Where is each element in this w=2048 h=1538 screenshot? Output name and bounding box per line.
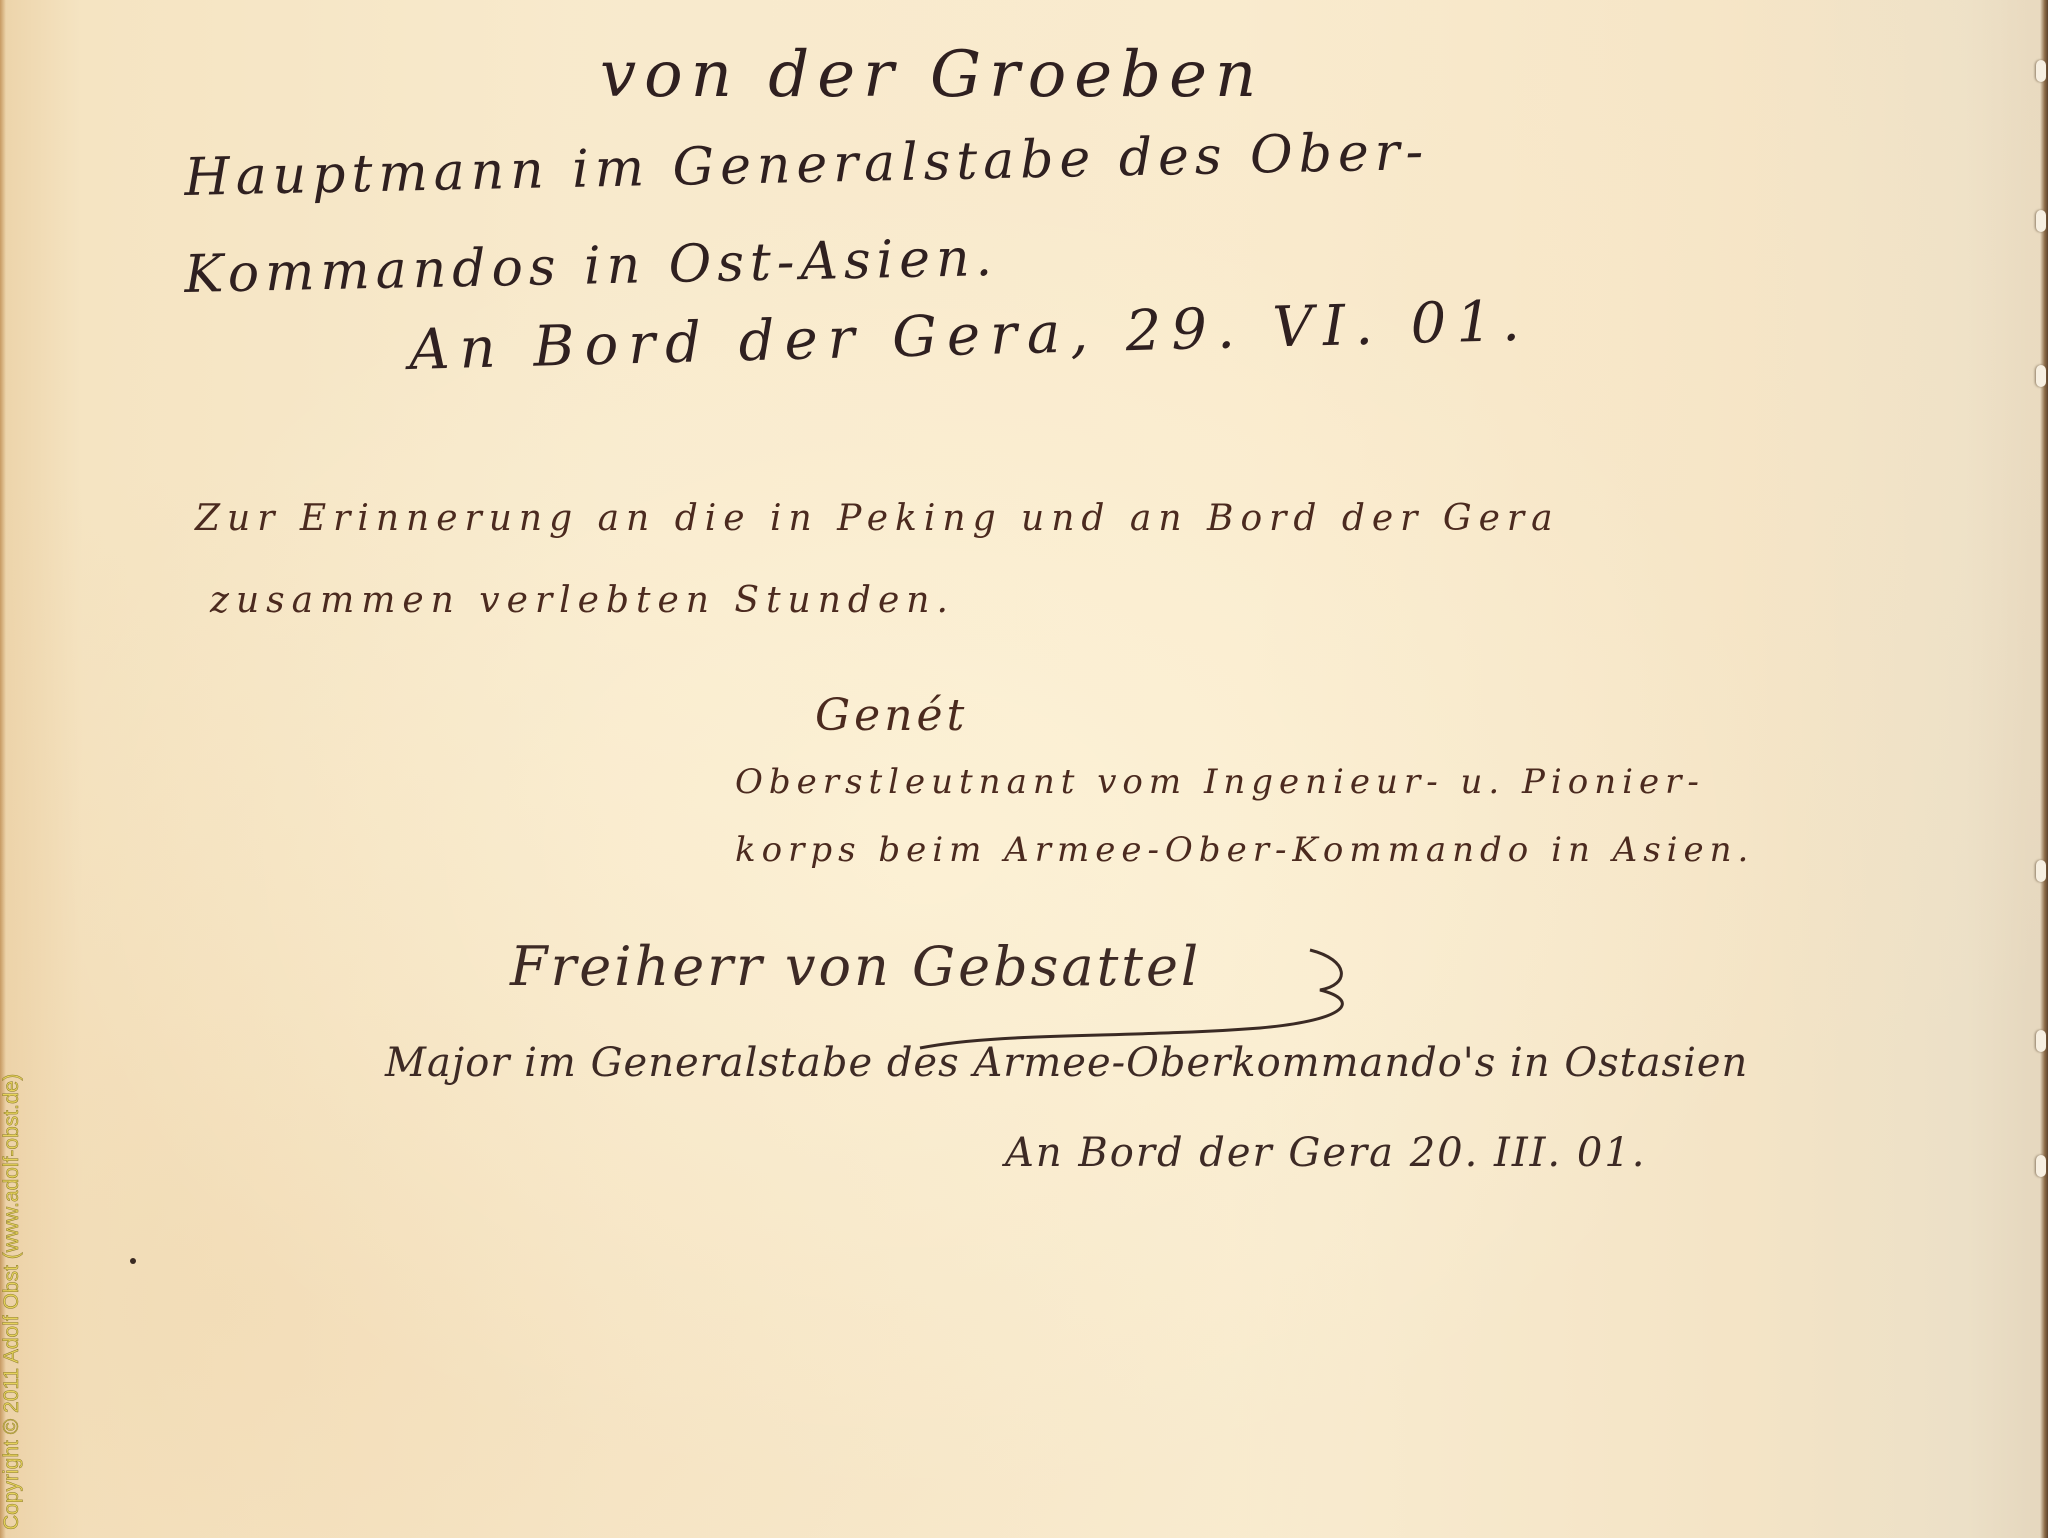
entry-3-place-date: An Bord der Gera 20. III. 01. [1005, 1130, 1646, 1176]
ink-spot [130, 1258, 136, 1264]
entry-3-title: Major im Generalstabe des Armee-Oberkomm… [385, 1040, 1748, 1086]
binding-hole [2036, 1030, 2046, 1052]
binding-hole [2036, 860, 2046, 882]
binding-hole [2036, 365, 2046, 387]
copyright-text: Copyright © 2011 Adolf Obst (www.adolf-o… [0, 1074, 24, 1530]
entry-1-place-date: An Bord der Gera, 29. VI. 01. [408, 289, 1530, 383]
entry-2-dedication-line-2: zusammen verlebten Stunden. [210, 580, 955, 621]
entry-1-rank-line-2: Kommandos in Ost-Asien. [184, 228, 999, 305]
binding-hole [2036, 1155, 2046, 1177]
entry-2-title-line-2: korps beim Armee-Ober-Kommando in Asien. [735, 830, 1754, 870]
copyright-watermark: Copyright © 2011 Adolf Obst (www.adolf-o… [2, 910, 26, 1530]
signature-flourish-icon [880, 940, 1400, 1050]
entry-1-name: von der Groeben [600, 38, 1264, 112]
entry-2-signature: Genét [815, 690, 968, 741]
entry-2-title-line-1: Oberstleutnant vom Ingenieur- u. Pionier… [735, 762, 1705, 802]
entry-1-rank-line-1: Hauptmann im Generalstabe des Ober- [184, 122, 1430, 208]
binding-hole [2036, 210, 2046, 232]
guest-book-page: von der Groeben Hauptmann im Generalstab… [0, 0, 2048, 1538]
binding-hole [2036, 60, 2046, 82]
entry-2-dedication-line-1: Zur Erinnerung an die in Peking und an B… [195, 498, 1560, 539]
